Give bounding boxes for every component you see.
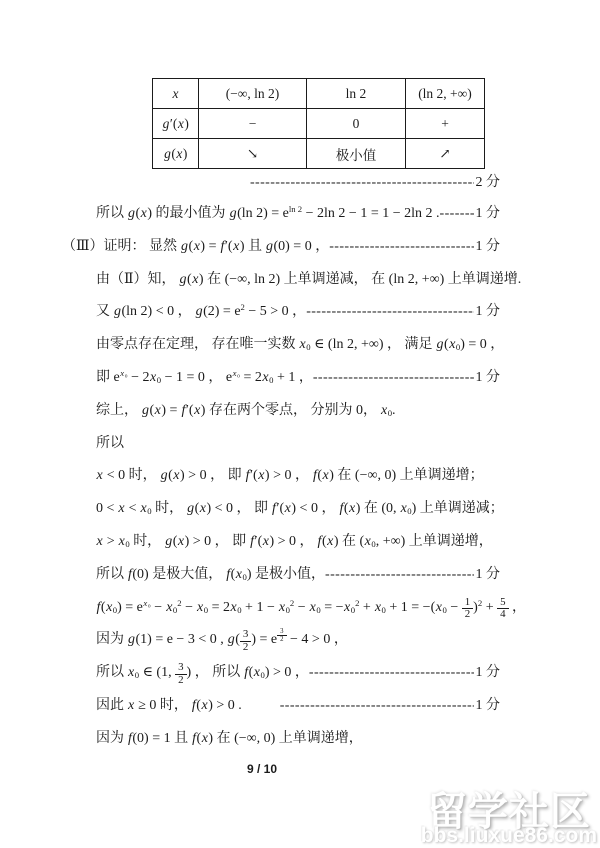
table-row: g(x) ↘ 极小值 ↗ [153,139,485,169]
solution-line: 因为 g(1) = e − 3 < 0 , g(32) = e32 − 4 > … [62,624,500,657]
score-mark: 1 分 [474,198,501,231]
table-cell: g(x) [153,139,199,169]
watermark-url: bbs.liuxue86.com [421,825,597,846]
line-text: x < 0 时， g(x) > 0 ， 即 f′(x) > 0 ， f(x) 在… [96,460,484,493]
line-text: 由（Ⅱ）知， g(x) 在 (−∞, ln 2) 上单调递减， 在 (ln 2,… [96,264,521,297]
line-text: 所以 g(x) 的最小值为 g(ln 2) = eln 2 − 2ln 2 − … [96,198,440,231]
line-text: 所以 f(0) 是极大值， f(x0) 是极小值， [96,559,325,592]
solution-line: 综上， g(x) = f′(x) 存在两个零点， 分别为 0， x0. [62,395,500,428]
table-cell: 0 [307,109,406,139]
line-text: 0 < x < x0 时， g(x) < 0 ， 即 f′(x) < 0 ， f… [96,493,504,526]
table-row: g′(x) − 0 + [153,109,485,139]
solution-line: 即 ex₀ − 2x0 − 1 = 0 ， ex₀ = 2x0 + 1 ， --… [62,362,500,395]
table-cell: + [406,109,485,139]
score-mark: 1 分 [474,362,501,395]
document-page: x (−∞, ln 2) ln 2 (ln 2, +∞) g′(x) − 0 +… [0,0,600,848]
score-mark: 2 分 [474,168,501,198]
dash-leader: ----------------------------------------… [250,168,474,198]
solution-line: 所以 g(x) 的最小值为 g(ln 2) = eln 2 − 2ln 2 − … [62,198,500,231]
score-mark: 1 分 [474,559,501,592]
solution-line: 由（Ⅱ）知， g(x) 在 (−∞, ln 2) 上单调递减， 在 (ln 2,… [62,264,500,297]
dash-leader: ----------------------------------------… [306,296,473,329]
dash-leader: ----------------------------------------… [313,362,474,395]
dash-leader: ----------------------------------------… [309,657,474,690]
line-text: 所以 x0 ∈ (1, 32) ， 所以 f(x0) > 0 ， [96,657,309,690]
score-mark: 1 分 [474,690,501,723]
dash-leader: ----------------------------------------… [325,559,473,592]
solution-line: 所以 [62,428,500,461]
line-text: 又 g(ln 2) < 0 ， g(2) = e2 − 5 > 0 ， [96,296,306,329]
line-text: 由零点存在定理， 存在唯一实数 x0 ∈ (ln 2, +∞) ， 满足 g(x… [96,329,504,362]
table-cell: 极小值 [307,139,406,169]
solution-body: ----------------------------------------… [62,168,500,756]
table-cell: ↘ [199,139,307,169]
table-cell: − [199,109,307,139]
line-text: 所以 [96,428,124,461]
solution-line: ----------------------------------------… [62,168,500,198]
table-row: x (−∞, ln 2) ln 2 (ln 2, +∞) [153,79,485,109]
table-cell: x [153,79,199,109]
solution-line: 所以 x0 ∈ (1, 32) ， 所以 f(x0) > 0 ， -------… [62,657,500,690]
line-text: x > x0 时， g(x) > 0 ， 即 f′(x) > 0 ， f(x) … [96,526,493,559]
solution-line: 因为 f(0) = 1 且 f(x) 在 (−∞, 0) 上单调递增， [62,723,500,756]
score-mark: 1 分 [474,296,501,329]
solution-line: 又 g(ln 2) < 0 ， g(2) = e2 − 5 > 0 ， ----… [62,296,500,329]
table-cell: ln 2 [307,79,406,109]
solution-line: 所以 f(0) 是极大值， f(x0) 是极小值， --------------… [62,559,500,592]
line-text: 即 ex₀ − 2x0 − 1 = 0 ， ex₀ = 2x0 + 1 ， [96,362,313,395]
solution-line: x < 0 时， g(x) > 0 ， 即 f′(x) > 0 ， f(x) 在… [62,460,500,493]
dash-leader: ----------------------------------------… [440,198,474,231]
solution-line: 因此 x ≥ 0 时， f(x) > 0 . -----------------… [62,690,500,723]
line-text: 因为 g(1) = e − 3 < 0 , g(32) = e32 − 4 > … [96,624,348,657]
page-number: 9 / 10 [62,762,462,776]
line-text: 综上， g(x) = f′(x) 存在两个零点， 分别为 0， x0. [96,395,396,428]
solution-line: （Ⅲ）证明： 显然 g(x) = f′(x) 且 g(0) = 0 ， ----… [62,231,500,264]
line-text: 因为 f(0) = 1 且 f(x) 在 (−∞, 0) 上单调递增， [96,723,363,756]
line-text: （Ⅲ）证明： 显然 g(x) = f′(x) 且 g(0) = 0 ， [62,231,329,264]
score-mark: 1 分 [474,657,501,690]
score-mark: 1 分 [474,231,501,264]
table-cell: g′(x) [153,109,199,139]
dash-leader: ----------------------------------------… [329,231,473,264]
solution-line: 0 < x < x0 时， g(x) < 0 ， 即 f′(x) < 0 ， f… [62,493,500,526]
monotonicity-table: x (−∞, ln 2) ln 2 (ln 2, +∞) g′(x) − 0 +… [152,78,485,169]
table-cell: (−∞, ln 2) [199,79,307,109]
solution-line: f(x0) = ex₀ − x02 − x0 = 2x0 + 1 − x02 −… [62,592,500,625]
solution-line: x > x0 时， g(x) > 0 ， 即 f′(x) > 0 ， f(x) … [62,526,500,559]
table-cell: ↗ [406,139,485,169]
table-cell: (ln 2, +∞) [406,79,485,109]
watermark: 留学社区 bbs.liuxue86.com [421,792,597,846]
line-text: f(x0) = ex₀ − x02 − x0 = 2x0 + 1 − x02 −… [96,592,526,625]
solution-line: 由零点存在定理， 存在唯一实数 x0 ∈ (ln 2, +∞) ， 满足 g(x… [62,329,500,362]
line-text: 因此 x ≥ 0 时， f(x) > 0 . [96,690,242,723]
dash-leader: ----------------------------------------… [280,690,474,723]
